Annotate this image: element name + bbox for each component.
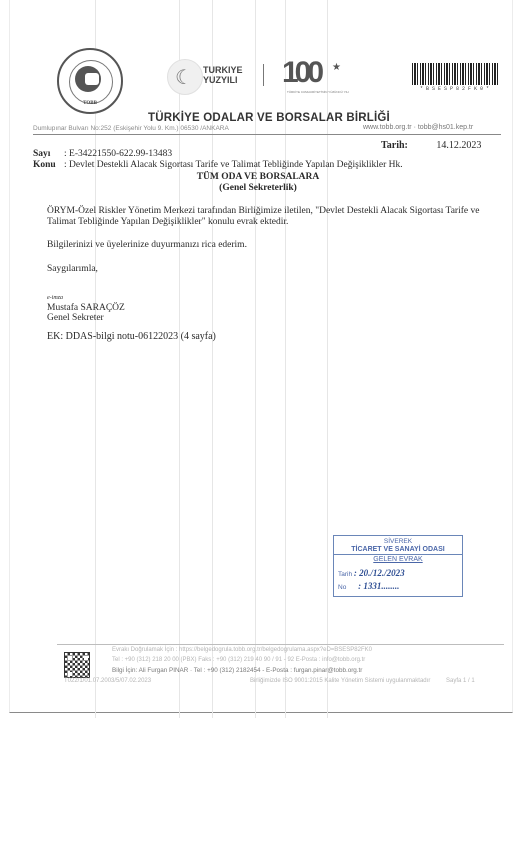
tobb-logo: TOBB [57, 48, 123, 114]
stamp-chamber: TİCARET VE SANAYİ ODASI [334, 546, 462, 553]
footer-info-contact: Bilgi İçin: Ali Furgan PINAR · Tel : +90… [112, 667, 362, 674]
tarih-value: 14.12.2023 [436, 140, 481, 151]
addressee: TÜM ODA VE BORSALARA (Genel Sekreterlik) [0, 172, 516, 194]
centennial-subtitle: TÜRKİYE CUMHURİYETİ'NİN YÜZÜNCÜ YILI [287, 90, 349, 94]
scan-artifact-line [255, 0, 256, 718]
crescent-icon [167, 59, 203, 95]
footer-phone: Tel : +90 (312) 218 20 00 (PBX) Faks : +… [112, 657, 365, 663]
stamp-type: GELEN EVRAK [334, 556, 462, 563]
stamp-city: SİVEREK [334, 538, 462, 545]
centennial-logo: 100 [282, 58, 320, 88]
body-paragraph-1: ÖRYM-Özel Riskler Yönetim Merkezi tarafı… [47, 206, 507, 228]
organization-contact: www.tobb.org.tr · tobb@hs01.kep.tr [363, 124, 473, 131]
header-divider [33, 134, 501, 135]
tobb-emblem-icon [75, 66, 101, 92]
signature-block: Mustafa SARAÇÖZ Genel Sekreter [47, 303, 125, 323]
scan-artifact-line [179, 0, 180, 718]
scan-artifact-line [212, 0, 213, 718]
incoming-document-stamp: SİVEREK TİCARET VE SANAYİ ODASI GELEN EV… [333, 535, 463, 597]
footer-divider [57, 644, 504, 645]
stamp-date-label: Tarih [338, 571, 352, 578]
konu-row: Konu : Devlet Destekli Alacak Sigortası … [33, 154, 403, 172]
qr-code-icon [64, 652, 90, 678]
konu-label: Konu [33, 160, 60, 170]
footer-verify-link[interactable]: Evrakı Doğrulamak İçin : https://belgedo… [112, 647, 372, 653]
stamp-date-row: Tarih : 20./12./2023 [338, 568, 405, 578]
tarih-label: Tarih: [381, 140, 408, 151]
scan-artifact-line [327, 0, 328, 718]
stamp-no-label: No [338, 584, 346, 591]
stamp-no-value: : 1331........ [358, 581, 399, 591]
ty-line1: TURKIYE [203, 65, 243, 75]
signer-title: Genel Sekreter [47, 313, 125, 323]
organization-address: Dumlupınar Bulvarı No:252 (Eskişehir Yol… [33, 125, 229, 132]
logo-divider [263, 64, 264, 86]
esign-label: e-imza [47, 295, 63, 301]
body-paragraph-2: Bilgilerinizi ve üyelerinize duyurmanızı… [47, 240, 247, 251]
footer-iso-note: Birliğimizde ISO 9001:2015 Kalite Yöneti… [250, 678, 430, 684]
tarih-row: Tarih: 14.12.2023 [381, 140, 481, 151]
stamp-date-value: : 20./12./2023 [354, 568, 405, 578]
tobb-logo-caption: TOBB [59, 101, 121, 106]
barcode [412, 63, 500, 85]
addressee-line2: (Genel Sekreterlik) [0, 183, 516, 194]
ty-line2: YUZYILI [203, 75, 243, 85]
barcode-text: *BSESP82FK0* [412, 86, 500, 92]
scan-artifact-line [285, 0, 286, 718]
star-icon: ★ [332, 62, 341, 73]
turkiye-yuzyili-logo: TURKIYE YUZYILI [163, 57, 253, 97]
attachment-line: EK: DDAS-bilgi notu-06122023 (4 sayfa) [47, 331, 216, 342]
page-indicator: Sayfa 1 / 1 [446, 678, 475, 684]
signer-name: Mustafa SARAÇÖZ [47, 303, 125, 313]
konu-value: : Devlet Destekli Alacak Sigortası Tarif… [64, 160, 403, 170]
closing: Saygılarımla, [47, 264, 98, 275]
stamp-no-row: No : 1331........ [338, 581, 399, 591]
addressee-line1: TÜM ODA VE BORSALARA [0, 172, 516, 183]
footer-form-code: T022/1/01.07.2003/5/07.02.2023 [64, 678, 151, 684]
organization-title: TÜRKİYE ODALAR VE BORSALAR BİRLİĞİ [148, 112, 390, 124]
